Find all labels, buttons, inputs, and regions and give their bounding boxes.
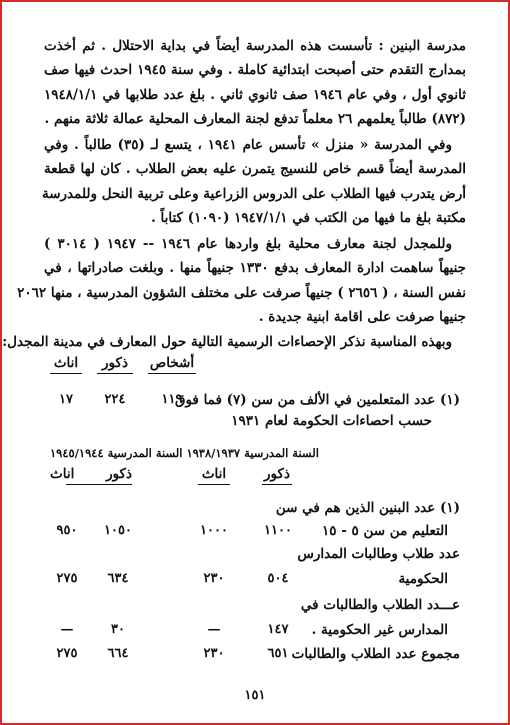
- paragraph-line: جنيها صرفت على اقامة ابنية جديدة .: [44, 306, 466, 328]
- table-cell: ٢٧٥: [50, 571, 84, 586]
- table-cell: ٣٠: [96, 622, 140, 637]
- column-header: ذكور: [97, 355, 133, 374]
- row-label: (١) عدد المتعلمين في الألف من سن (٧) فما…: [175, 392, 460, 408]
- row-label-total: مجموع عدد الطلاب والطالبات: [292, 646, 460, 662]
- table-cell: ٦٦٤: [96, 646, 140, 661]
- paragraph-line: مدرسة البنين : تأسست هذه المدرسة أيضاً ف…: [44, 35, 466, 57]
- table-cell: ٢٣٠: [192, 571, 236, 586]
- table-cell: ٥٠٤: [256, 571, 300, 586]
- years-caption: السنة المدرسية ١٩٣٨/١٩٣٧ السنة المدرسية …: [50, 446, 319, 460]
- column-header: أشخاص: [148, 355, 196, 374]
- table-cell: ١٤٧: [256, 622, 300, 637]
- paragraph-line: أرض يتدرب فيها الطلاب على الدروس الزراعي…: [44, 183, 466, 205]
- paragraph-line: ثانوي أول ، وفي عام ١٩٤٦ صف ثانوي ثاني .…: [44, 84, 466, 106]
- column-header: اناث: [50, 355, 82, 374]
- table-cell: ١١٩: [150, 392, 194, 407]
- table-cell: ١٧: [50, 392, 82, 407]
- column-header: اناث: [198, 466, 230, 485]
- table-cell: ٦٥١: [256, 646, 300, 661]
- table-cell: —: [50, 622, 84, 637]
- table-cell: —: [192, 622, 236, 637]
- paragraph-line: (٨٧٢) طالباً يعلمهم ٢٦ معلماً تدفع لجنة …: [44, 108, 466, 130]
- paragraph-line: وفي المدرسة « منزل » تأسس عام ١٩٤١ ، يتس…: [44, 134, 466, 156]
- section-heading: مدرسة البنين :: [372, 38, 466, 54]
- column-header: ذكور: [262, 466, 292, 485]
- paragraph-line: مكتبة بلغ ما فيها من الكتب في ١٩٤٧/١/١ (…: [44, 207, 466, 229]
- table-cell: ١٠٥٠: [96, 523, 140, 538]
- table-cell: ١١٠٠: [256, 523, 300, 538]
- column-header: ذكور: [66, 466, 132, 485]
- paragraph-line: نفس السنة ، ( ٢٦٥٦ ) جنيهاً صرفت على مخت…: [44, 282, 466, 304]
- row-label: المدارس غير الحكومية .: [312, 622, 448, 638]
- paragraph-line: وبهذه المناسبة نذكر الإحصاءات الرسمية ال…: [44, 331, 466, 353]
- table-cell: ٩٥٠: [50, 523, 84, 538]
- paragraph-line: جنيهاً ساهمت ادارة المعارف بدفع ١٣٣٠ جني…: [44, 257, 466, 279]
- table-cell: ٢٧٥: [50, 646, 84, 661]
- table-cell: ٢٢٤: [97, 392, 133, 407]
- table-cell: ٦٣٤: [96, 571, 140, 586]
- row-label: عدد طلاب وطالبات المدارس: [297, 546, 460, 562]
- paragraph-line: وللمجدل لجنة معارف محلية بلغ واردها عام …: [44, 233, 466, 255]
- paragraph-line: المدرسة أيضاً قسم خاص للنسيج يتمرن عليه …: [44, 158, 466, 180]
- row-label: الحكومية: [398, 571, 448, 587]
- table-note: حسب احصاءات الحكومة لعام ١٩٣١: [231, 413, 432, 429]
- column-header: اناث: [50, 466, 74, 482]
- row-label: عـــدد الطلاب والطالبات في: [301, 597, 460, 613]
- row-label: التعليم من سن ٥ - ١٥: [322, 523, 448, 539]
- row-label: (١) عدد البنين الذين هم في سن: [276, 500, 460, 516]
- table-cell: ٢٣٠: [192, 646, 236, 661]
- page-number: ١٥١: [235, 688, 275, 703]
- paragraph-line: بمدارج التقدم حتى أصبحت ابتدائية كاملة .…: [44, 59, 466, 81]
- table-cell: ١٠٠٠: [192, 523, 236, 538]
